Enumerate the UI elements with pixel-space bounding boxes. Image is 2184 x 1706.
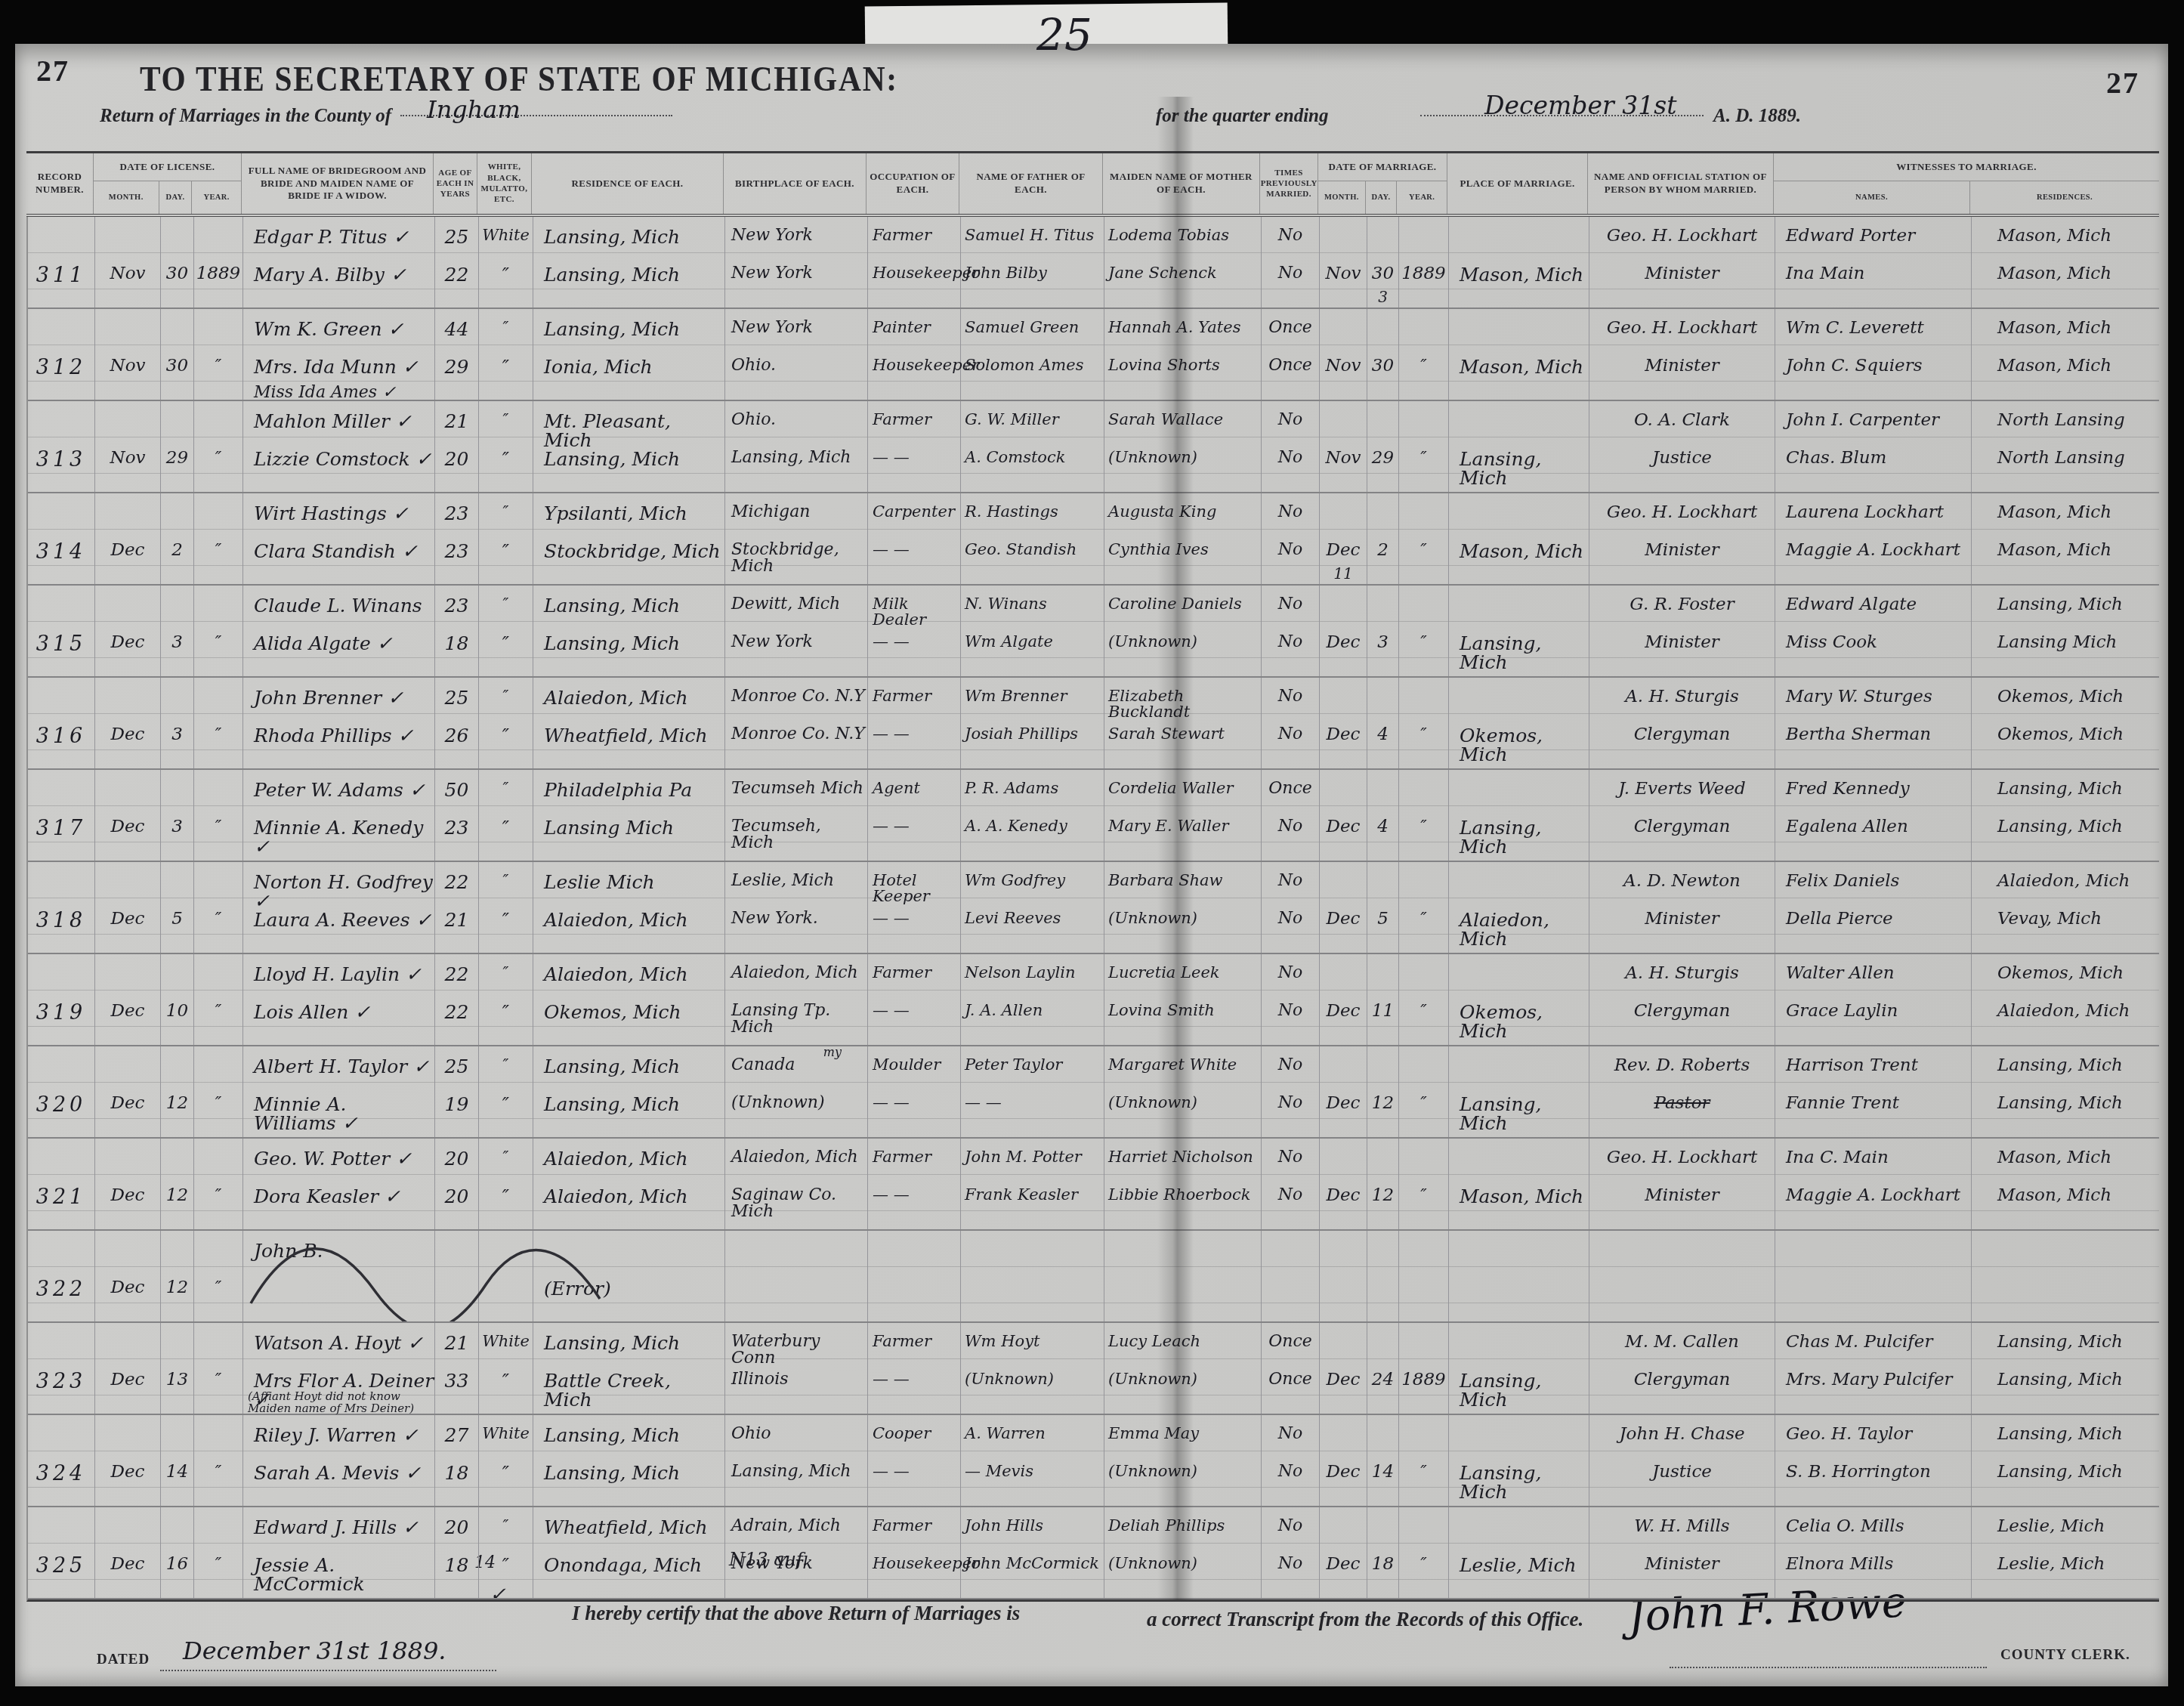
father-cell: Samuel Green Solomon Ames: [961, 309, 1104, 400]
witness2-residence: Lansing, Mich: [1972, 1371, 2161, 1389]
marriage-day-cell: 2: [1367, 493, 1399, 584]
header-marriage-year-label: Year.: [1407, 193, 1437, 203]
license-month: Dec: [95, 1095, 160, 1112]
officiant-title: Minister: [1589, 910, 1775, 928]
record-number: 318: [28, 910, 94, 931]
marriage-month: Nov: [1320, 357, 1367, 375]
times-married-cell: Once No: [1262, 770, 1320, 861]
license-day: 10: [161, 1003, 193, 1020]
groom-times-married: No: [1262, 227, 1319, 244]
bride-father: Solomon Ames: [961, 357, 1104, 373]
license-day: 3: [161, 726, 193, 743]
names-cell: Norton H. Godfrey ✓ Laura A. Reeves ✓: [243, 862, 435, 953]
bride-birthplace: New York: [725, 1556, 867, 1572]
residence-cell: Lansing, Mich Lansing, Mich: [533, 1046, 725, 1137]
groom-mother: Lucretia Leek: [1104, 965, 1261, 981]
officiant-cell: Geo. H. Lockhart Minister: [1589, 217, 1775, 308]
marriage-year-cell: ″: [1399, 1507, 1449, 1598]
father-cell: R. Hastings Geo. Standish: [961, 493, 1104, 584]
officiant-cell: Rev. D. Roberts Pastor: [1589, 1046, 1775, 1137]
groom-residence: Lansing, Mich: [533, 1426, 724, 1445]
father-cell: John M. Potter Frank Keasler: [961, 1139, 1104, 1229]
marriage-year: ″: [1399, 1095, 1448, 1112]
witness1-residence: North Lansing: [1972, 412, 2161, 429]
document-title-text: TO THE SECRETARY OF STATE OF MICHIGAN:: [140, 59, 898, 100]
record-number-cell: 318: [28, 862, 95, 953]
bride-color: ″: [479, 1003, 533, 1021]
bride-times-married: No: [1262, 910, 1319, 927]
witness1-name: Edward Porter: [1775, 227, 1971, 245]
bride-color: ″: [479, 450, 533, 468]
groom-times-married: No: [1262, 1426, 1319, 1442]
occupation-cell: Farmer — —: [868, 1139, 961, 1229]
groom-residence: Lansing, Mich: [533, 1057, 724, 1076]
bride-color: ″: [479, 1556, 533, 1575]
mother-cell: Barbara Shaw (Unknown): [1104, 862, 1262, 953]
groom-age: 25: [435, 227, 478, 246]
occupation-cell: Cooper — —: [868, 1415, 961, 1506]
ledger-sheet: 27 27 TO THE SECRETARY OF STATE OF MICHI…: [15, 44, 2168, 1686]
bride-name: Lois Allen ✓: [243, 1003, 434, 1021]
groom-birthplace: New York: [725, 227, 867, 244]
license-year: ″: [194, 450, 242, 467]
bride-residence: Stockbridge, Mich: [533, 542, 724, 561]
record-number: 323: [28, 1371, 94, 1392]
groom-father: A. Warren: [961, 1426, 1104, 1442]
father-cell: A. Warren — Mevis: [961, 1415, 1104, 1506]
age-cell: 21 33: [435, 1323, 479, 1414]
officiant-cell: W. H. Mills Minister: [1589, 1507, 1775, 1598]
names-cell: Mahlon Miller ✓ Lizzie Comstock ✓: [243, 401, 435, 492]
license-month-cell: Dec: [95, 770, 161, 861]
bride-age: 20: [435, 450, 478, 468]
witness2-name: John C. Squiers: [1775, 357, 1971, 375]
bride-father: — —: [961, 1095, 1104, 1111]
witness2-name: Fannie Trent: [1775, 1095, 1971, 1112]
bride-color: ″: [479, 357, 533, 376]
birthplace-cell: Dewitt, Mich New York: [725, 586, 868, 676]
age-cell: 22 22: [435, 954, 479, 1045]
officiant-name: O. A. Clark: [1589, 412, 1775, 429]
bride-age: 23: [435, 542, 478, 561]
header-record-number-label: Record Number.: [26, 171, 93, 196]
county-value: Ingham: [427, 95, 521, 124]
license-year-cell: 1889: [194, 217, 243, 308]
color-cell: ″ ″: [479, 401, 533, 492]
groom-mother: Cordelia Waller: [1104, 780, 1261, 796]
groom-mother: Harriet Nicholson: [1104, 1149, 1261, 1165]
marriage-year: ″: [1399, 450, 1448, 467]
marriage-year: ″: [1399, 1463, 1448, 1481]
marriage-year: ″: [1399, 1187, 1448, 1204]
witness-residences-cell: Lansing, Mich Lansing Mich: [1972, 586, 2161, 676]
groom-times-married: No: [1262, 412, 1319, 428]
groom-times-married: No: [1262, 965, 1319, 981]
header-occupation: Occupation of Each.: [866, 153, 959, 214]
marriage-day-cell: 3: [1367, 586, 1399, 676]
groom-name: Riley J. Warren ✓: [243, 1426, 434, 1445]
color-cell: ″ ″: [479, 1507, 533, 1598]
groom-times-married: No: [1262, 1149, 1319, 1166]
residence-cell: Alaiedon, Mich Alaiedon, Mich: [533, 1139, 725, 1229]
groom-occupation: Milk Dealer: [868, 596, 960, 628]
marriage-day-cell: 12: [1367, 1139, 1399, 1229]
marriage-day: 29: [1367, 450, 1398, 467]
header-license-title: Date of License.: [94, 153, 241, 181]
bride-age: 20: [435, 1187, 478, 1206]
marriage-day-cell: 30: [1367, 309, 1399, 400]
marriage-month-cell: Dec: [1320, 1323, 1367, 1414]
groom-birthplace: Dewitt, Mich: [725, 596, 867, 613]
bride-age: 22: [435, 1003, 478, 1021]
residence-cell: Ypsilanti, Mich Stockbridge, Mich: [533, 493, 725, 584]
place-of-marriage: Mason, Mich: [1449, 357, 1589, 376]
groom-age: 23: [435, 504, 478, 523]
license-year-cell: ″: [194, 1139, 243, 1229]
officiant-cell: John H. Chase Justice: [1589, 1415, 1775, 1506]
groom-mother: Elizabeth Bucklandt: [1104, 688, 1261, 720]
witness1-residence: Okemos, Mich: [1972, 965, 2161, 982]
header-witness-names: Names.: [1774, 181, 1970, 214]
bride-mother: Lovina Smith: [1104, 1003, 1261, 1018]
header-marriage-year: Year.: [1397, 181, 1447, 214]
bride-mother: (Unknown): [1104, 634, 1261, 650]
header-father-label: Name of Father of Each.: [959, 171, 1102, 196]
groom-mother: Emma May: [1104, 1426, 1261, 1442]
times-married-cell: No No: [1262, 401, 1320, 492]
birthplace-cell: my Canada (Unknown): [725, 1046, 868, 1137]
header-witnesses-title: Witnesses to Marriage.: [1774, 153, 2159, 181]
header-license-year: Year.: [192, 181, 241, 214]
license-year: ″: [194, 634, 242, 651]
color-cell: ″ ″: [479, 954, 533, 1045]
witness-residences-cell: Leslie, Mich Leslie, Mich: [1972, 1507, 2161, 1598]
bride-residence: Alaiedon, Mich: [533, 1187, 724, 1206]
witness1-residence: Lansing, Mich: [1972, 780, 2161, 798]
record-number-cell: 314: [28, 493, 95, 584]
father-cell: Wm Godfrey Levi Reeves: [961, 862, 1104, 953]
witness-names-cell: Edward Porter Ina Main: [1775, 217, 1972, 308]
groom-color: ″: [479, 504, 533, 520]
license-month: Nov: [95, 265, 160, 283]
witness2-name: Chas. Blum: [1775, 450, 1971, 467]
groom-mother: Margaret White: [1104, 1057, 1261, 1073]
record-number: 322: [28, 1279, 94, 1300]
groom-name: Albert H. Taylor ✓: [243, 1057, 434, 1076]
officiant-cell: A. H. Sturgis Clergyman: [1589, 678, 1775, 768]
groom-mother: Augusta King: [1104, 504, 1261, 520]
mother-cell: Lucretia Leek Lovina Smith: [1104, 954, 1262, 1045]
license-year-cell: ″: [194, 586, 243, 676]
license-month-cell: Nov: [95, 401, 161, 492]
groom-residence: Alaiedon, Mich: [533, 688, 724, 707]
license-month-cell: Dec: [95, 493, 161, 584]
bride-occupation: — —: [868, 1463, 960, 1479]
officiant-cell: O. A. Clark Justice: [1589, 401, 1775, 492]
witness2-residence: North Lansing: [1972, 450, 2161, 467]
names-cell: Wm K. Green ✓ Mrs. Ida Munn ✓ Miss Ida A…: [243, 309, 435, 400]
bride-color: ″: [479, 818, 533, 837]
header-color-label: White, Black, Mulatto, etc.: [477, 162, 531, 205]
bride-birthplace: Monroe Co. N.Y: [725, 726, 867, 743]
birthplace-cell: New York Ohio.: [725, 309, 868, 400]
names-cell: Watson A. Hoyt ✓ Mrs Flor A. Deiner ✓ (A…: [243, 1323, 435, 1414]
marriage-year-cell: ″: [1399, 493, 1449, 584]
groom-age: 20: [435, 1518, 478, 1537]
groom-occupation: Agent: [868, 780, 960, 796]
bride-mother: Jane Schenck: [1104, 265, 1261, 281]
record-number-cell: 311: [28, 217, 95, 308]
marriage-year: ″: [1399, 1556, 1448, 1573]
groom-residence: Lansing, Mich: [533, 1334, 724, 1352]
dated-fill-line: [160, 1668, 496, 1671]
bride-name: Minnie A. Kenedy ✓: [243, 818, 434, 856]
father-cell: Wm Brenner Josiah Phillips: [961, 678, 1104, 768]
header-officiant-label: Name and Official Station of Person by W…: [1588, 171, 1773, 196]
marriage-year: ″: [1399, 1003, 1448, 1020]
witness-names-cell: [1775, 1231, 1972, 1321]
record-number-cell: 320: [28, 1046, 95, 1137]
groom-times-married: No: [1262, 873, 1319, 889]
marriage-day: 18: [1367, 1556, 1398, 1573]
groom-age: 21: [435, 412, 478, 431]
groom-times-married: No: [1262, 1057, 1319, 1074]
color-cell: White ″: [479, 1415, 533, 1506]
cancellation-squiggle: [246, 1231, 669, 1321]
officiant-name: Geo. H. Lockhart: [1589, 1149, 1775, 1167]
record-row: 315 Dec 3 ″ Claude L. Winans Alida Algat…: [28, 586, 2159, 678]
groom-occupation: Farmer: [868, 688, 960, 704]
marriage-day: 4: [1367, 818, 1398, 836]
groom-father: P. R. Adams: [961, 780, 1104, 796]
witness2-residence: Mason, Mich: [1972, 1187, 2161, 1204]
occupation-cell: Farmer Housekeeper: [868, 217, 961, 308]
witness-names-cell: Edward Algate Miss Cook: [1775, 586, 1972, 676]
father-cell: [961, 1231, 1104, 1321]
witness1-residence: Mason, Mich: [1972, 504, 2161, 521]
witness2-name: Ina Main: [1775, 265, 1971, 283]
bride-age: 26: [435, 726, 478, 745]
marriage-month-cell: Dec 11: [1320, 493, 1367, 584]
license-year-cell: ″: [194, 954, 243, 1045]
header-residence-label: Residence of Each.: [570, 178, 686, 190]
bride-age: 18: [435, 1556, 478, 1575]
officiant-name: W. H. Mills: [1589, 1518, 1775, 1535]
marriage-day-cell: [1367, 1231, 1399, 1321]
marriage-month: Dec: [1320, 818, 1367, 836]
page-number-left: 27: [36, 53, 70, 88]
marriage-month-cell: Dec: [1320, 678, 1367, 768]
record-row: 313 Nov 29 ″ Mahlon Miller ✓ Lizzie Coms…: [28, 401, 2159, 493]
license-day: 16: [161, 1556, 193, 1573]
mother-cell: Deliah Phillips (Unknown): [1104, 1507, 1262, 1598]
groom-occupation: Cooper: [868, 1426, 960, 1442]
birthplace-cell: Alaiedon, Mich Lansing Tp. Mich: [725, 954, 868, 1045]
witness-names-cell: Wm C. Leverett John C. Squiers: [1775, 309, 1972, 400]
license-year: ″: [194, 357, 242, 375]
marriage-day-cell: 12: [1367, 1046, 1399, 1137]
times-married-cell: No No: [1262, 217, 1320, 308]
place-of-marriage: Lansing, Mich: [1449, 1371, 1589, 1409]
bride-birthplace: Illinois: [725, 1371, 867, 1388]
groom-father: Nelson Laylin: [961, 965, 1104, 981]
birthplace-cell: Ohio. Lansing, Mich: [725, 401, 868, 492]
marriage-day-cell: 30 3: [1367, 217, 1399, 308]
marriage-month: Dec: [1320, 1095, 1367, 1112]
marriage-year: ″: [1399, 357, 1448, 375]
color-cell: White ″: [479, 1323, 533, 1414]
record-number: 312: [28, 357, 94, 378]
age-cell: 25 22: [435, 217, 479, 308]
witness-residences-cell: [1972, 1231, 2161, 1321]
officiant-cell: A. D. Newton Minister: [1589, 862, 1775, 953]
marriage-day-cell: 24: [1367, 1323, 1399, 1414]
header-times-married-label: Times Previously Married.: [1259, 168, 1320, 200]
license-month: Dec: [95, 1187, 160, 1204]
record-row: 320 Dec 12 ″ Albert H. Taylor ✓ Minnie A…: [28, 1046, 2159, 1139]
age-cell: 25 19: [435, 1046, 479, 1137]
witness1-residence: Mason, Mich: [1972, 227, 2161, 245]
witness2-residence: Lansing, Mich: [1972, 818, 2161, 836]
occupation-cell: Farmer — —: [868, 954, 961, 1045]
groom-father: John M. Potter: [961, 1149, 1104, 1165]
groom-birthplace: Alaiedon, Mich: [725, 965, 867, 981]
birthplace-cell: Ohio Lansing, Mich: [725, 1415, 868, 1506]
groom-occupation: Moulder: [868, 1057, 960, 1073]
license-month: Dec: [95, 1279, 160, 1296]
bride-name: Lizzie Comstock ✓: [243, 450, 434, 468]
record-row: 325 Dec 16 ″ Edward J. Hills ✓ Jessie A.…: [28, 1507, 2159, 1599]
bride-father: — Mevis: [961, 1463, 1104, 1479]
ad-year: A. D. 1889.: [1713, 106, 1801, 127]
groom-occupation: Painter: [868, 320, 960, 335]
record-number-cell: 325: [28, 1507, 95, 1598]
groom-birthplace: Michigan: [725, 504, 867, 521]
bride-birthplace: Lansing, Mich: [725, 1463, 867, 1480]
bride-father: John Bilby: [961, 265, 1104, 281]
header-license-month: Month.: [94, 181, 159, 214]
witness1-residence: Alaiedon, Mich: [1972, 873, 2161, 890]
bride-mother: (Unknown): [1104, 1556, 1261, 1572]
age-cell: 20 20: [435, 1139, 479, 1229]
officiant-name: John H. Chase: [1589, 1426, 1775, 1443]
license-year-cell: ″: [194, 1507, 243, 1598]
bride-times-married: No: [1262, 634, 1319, 651]
license-day-cell: 2: [161, 493, 194, 584]
place-of-marriage-cell: Mason, Mich: [1449, 1139, 1589, 1229]
times-married-cell: No No: [1262, 1415, 1320, 1506]
witness-names-cell: Geo. H. Taylor S. B. Horrington: [1775, 1415, 1972, 1506]
birthplace-cell: Adrain, Mich New York: [725, 1507, 868, 1598]
times-married-cell: No No: [1262, 954, 1320, 1045]
license-day: 30: [161, 265, 193, 283]
groom-age: 21: [435, 1334, 478, 1352]
groom-age: 25: [435, 1057, 478, 1076]
marriage-year-cell: ″: [1399, 309, 1449, 400]
witness2-name: Maggie A. Lockhart: [1775, 1187, 1971, 1204]
color-cell: ″ ″: [479, 309, 533, 400]
color-cell: ″ ″: [479, 770, 533, 861]
witness-residences-cell: Mason, Mich Mason, Mich: [1972, 309, 2161, 400]
groom-age: 20: [435, 1149, 478, 1168]
witness-names-cell: Walter Allen Grace Laylin: [1775, 954, 1972, 1045]
record-row: 321 Dec 12 ″ Geo. W. Potter ✓ Dora Keasl…: [28, 1139, 2159, 1231]
father-cell: Peter Taylor — —: [961, 1046, 1104, 1137]
license-year-cell: ″: [194, 309, 243, 400]
record-row: 314 Dec 2 ″ Wirt Hastings ✓ Clara Standi…: [28, 493, 2159, 586]
groom-mother: Barbara Shaw: [1104, 873, 1261, 889]
groom-residence: Lansing, Mich: [533, 320, 724, 338]
witness2-name: Mrs. Mary Pulcifer: [1775, 1371, 1971, 1389]
place-of-marriage-cell: Okemos, Mich: [1449, 678, 1589, 768]
officiant-name: Rev. D. Roberts: [1589, 1057, 1775, 1074]
bride-occupation: — —: [868, 450, 960, 465]
header-license-title-label: Date of License.: [118, 161, 218, 174]
officiant-title: Justice: [1589, 1463, 1775, 1481]
place-of-marriage: Leslie, Mich: [1449, 1556, 1589, 1575]
place-of-marriage: Lansing, Mich: [1449, 450, 1589, 487]
witness1-name: Felix Daniels: [1775, 873, 1971, 890]
groom-father: R. Hastings: [961, 504, 1104, 520]
witness-names-cell: John I. Carpenter Chas. Blum: [1775, 401, 1972, 492]
bride-color: ″: [479, 634, 533, 653]
birthplace-cell: Monroe Co. N.Y Monroe Co. N.Y: [725, 678, 868, 768]
officiant-cell: Geo. H. Lockhart Minister: [1589, 493, 1775, 584]
witness2-residence: Alaiedon, Mich: [1972, 1003, 2161, 1020]
marriage-year-cell: 1889: [1399, 217, 1449, 308]
color-cell: ″ ″: [479, 493, 533, 584]
groom-mother: Caroline Daniels: [1104, 596, 1261, 612]
marriage-month: Nov: [1320, 265, 1367, 283]
record-number-cell: 321: [28, 1139, 95, 1229]
father-cell: Samuel H. Titus John Bilby: [961, 217, 1104, 308]
marriage-year: ″: [1399, 910, 1448, 928]
header-age: Age of Each in Years: [434, 153, 477, 214]
bride-mother: Mary E. Waller: [1104, 818, 1261, 834]
license-day-cell: 12: [161, 1231, 194, 1321]
groom-occupation: Hotel Keeper: [868, 873, 960, 904]
license-year-cell: ″: [194, 401, 243, 492]
header-times-married: Times Previously Married.: [1260, 153, 1318, 214]
place-of-marriage-cell: Lansing, Mich: [1449, 770, 1589, 861]
groom-name: Wirt Hastings ✓: [243, 504, 434, 523]
bride-occupation: — —: [868, 1187, 960, 1203]
marriage-day-cell: 11: [1367, 954, 1399, 1045]
groom-occupation: Carpenter: [868, 504, 960, 520]
bride-birthplace: (Unknown): [725, 1095, 867, 1111]
witness1-name: Harrison Trent: [1775, 1057, 1971, 1074]
record-row: 323 Dec 13 ″ Watson A. Hoyt ✓ Mrs Flor A…: [28, 1323, 2159, 1415]
residence-cell: Alaiedon, Mich Wheatfield, Mich: [533, 678, 725, 768]
record-row: 324 Dec 14 ″ Riley J. Warren ✓ Sarah A. …: [28, 1415, 2159, 1507]
marriage-day: 2: [1367, 542, 1398, 559]
witness-residences-cell: Okemos, Mich Okemos, Mich: [1972, 678, 2161, 768]
birthplace-cell: Michigan Stockbridge, Mich: [725, 493, 868, 584]
groom-birthplace: Adrain, Mich: [725, 1518, 867, 1534]
witness-names-cell: Mary W. Sturges Bertha Sherman: [1775, 678, 1972, 768]
officiant-cell: Geo. H. Lockhart Minister: [1589, 1139, 1775, 1229]
bride-residence: Onondaga, Mich: [533, 1556, 724, 1575]
residence-cell: Lansing, Mich Ionia, Mich: [533, 309, 725, 400]
place-of-marriage-cell: Lansing, Mich: [1449, 1323, 1589, 1414]
groom-name: Wm K. Green ✓: [243, 320, 434, 338]
groom-father: Samuel Green: [961, 320, 1104, 335]
bride-father: J. A. Allen: [961, 1003, 1104, 1018]
license-month: Dec: [95, 818, 160, 836]
mother-cell: Elizabeth Bucklandt Sarah Stewart: [1104, 678, 1262, 768]
license-month-cell: Dec: [95, 586, 161, 676]
license-month-cell: Dec: [95, 1507, 161, 1598]
